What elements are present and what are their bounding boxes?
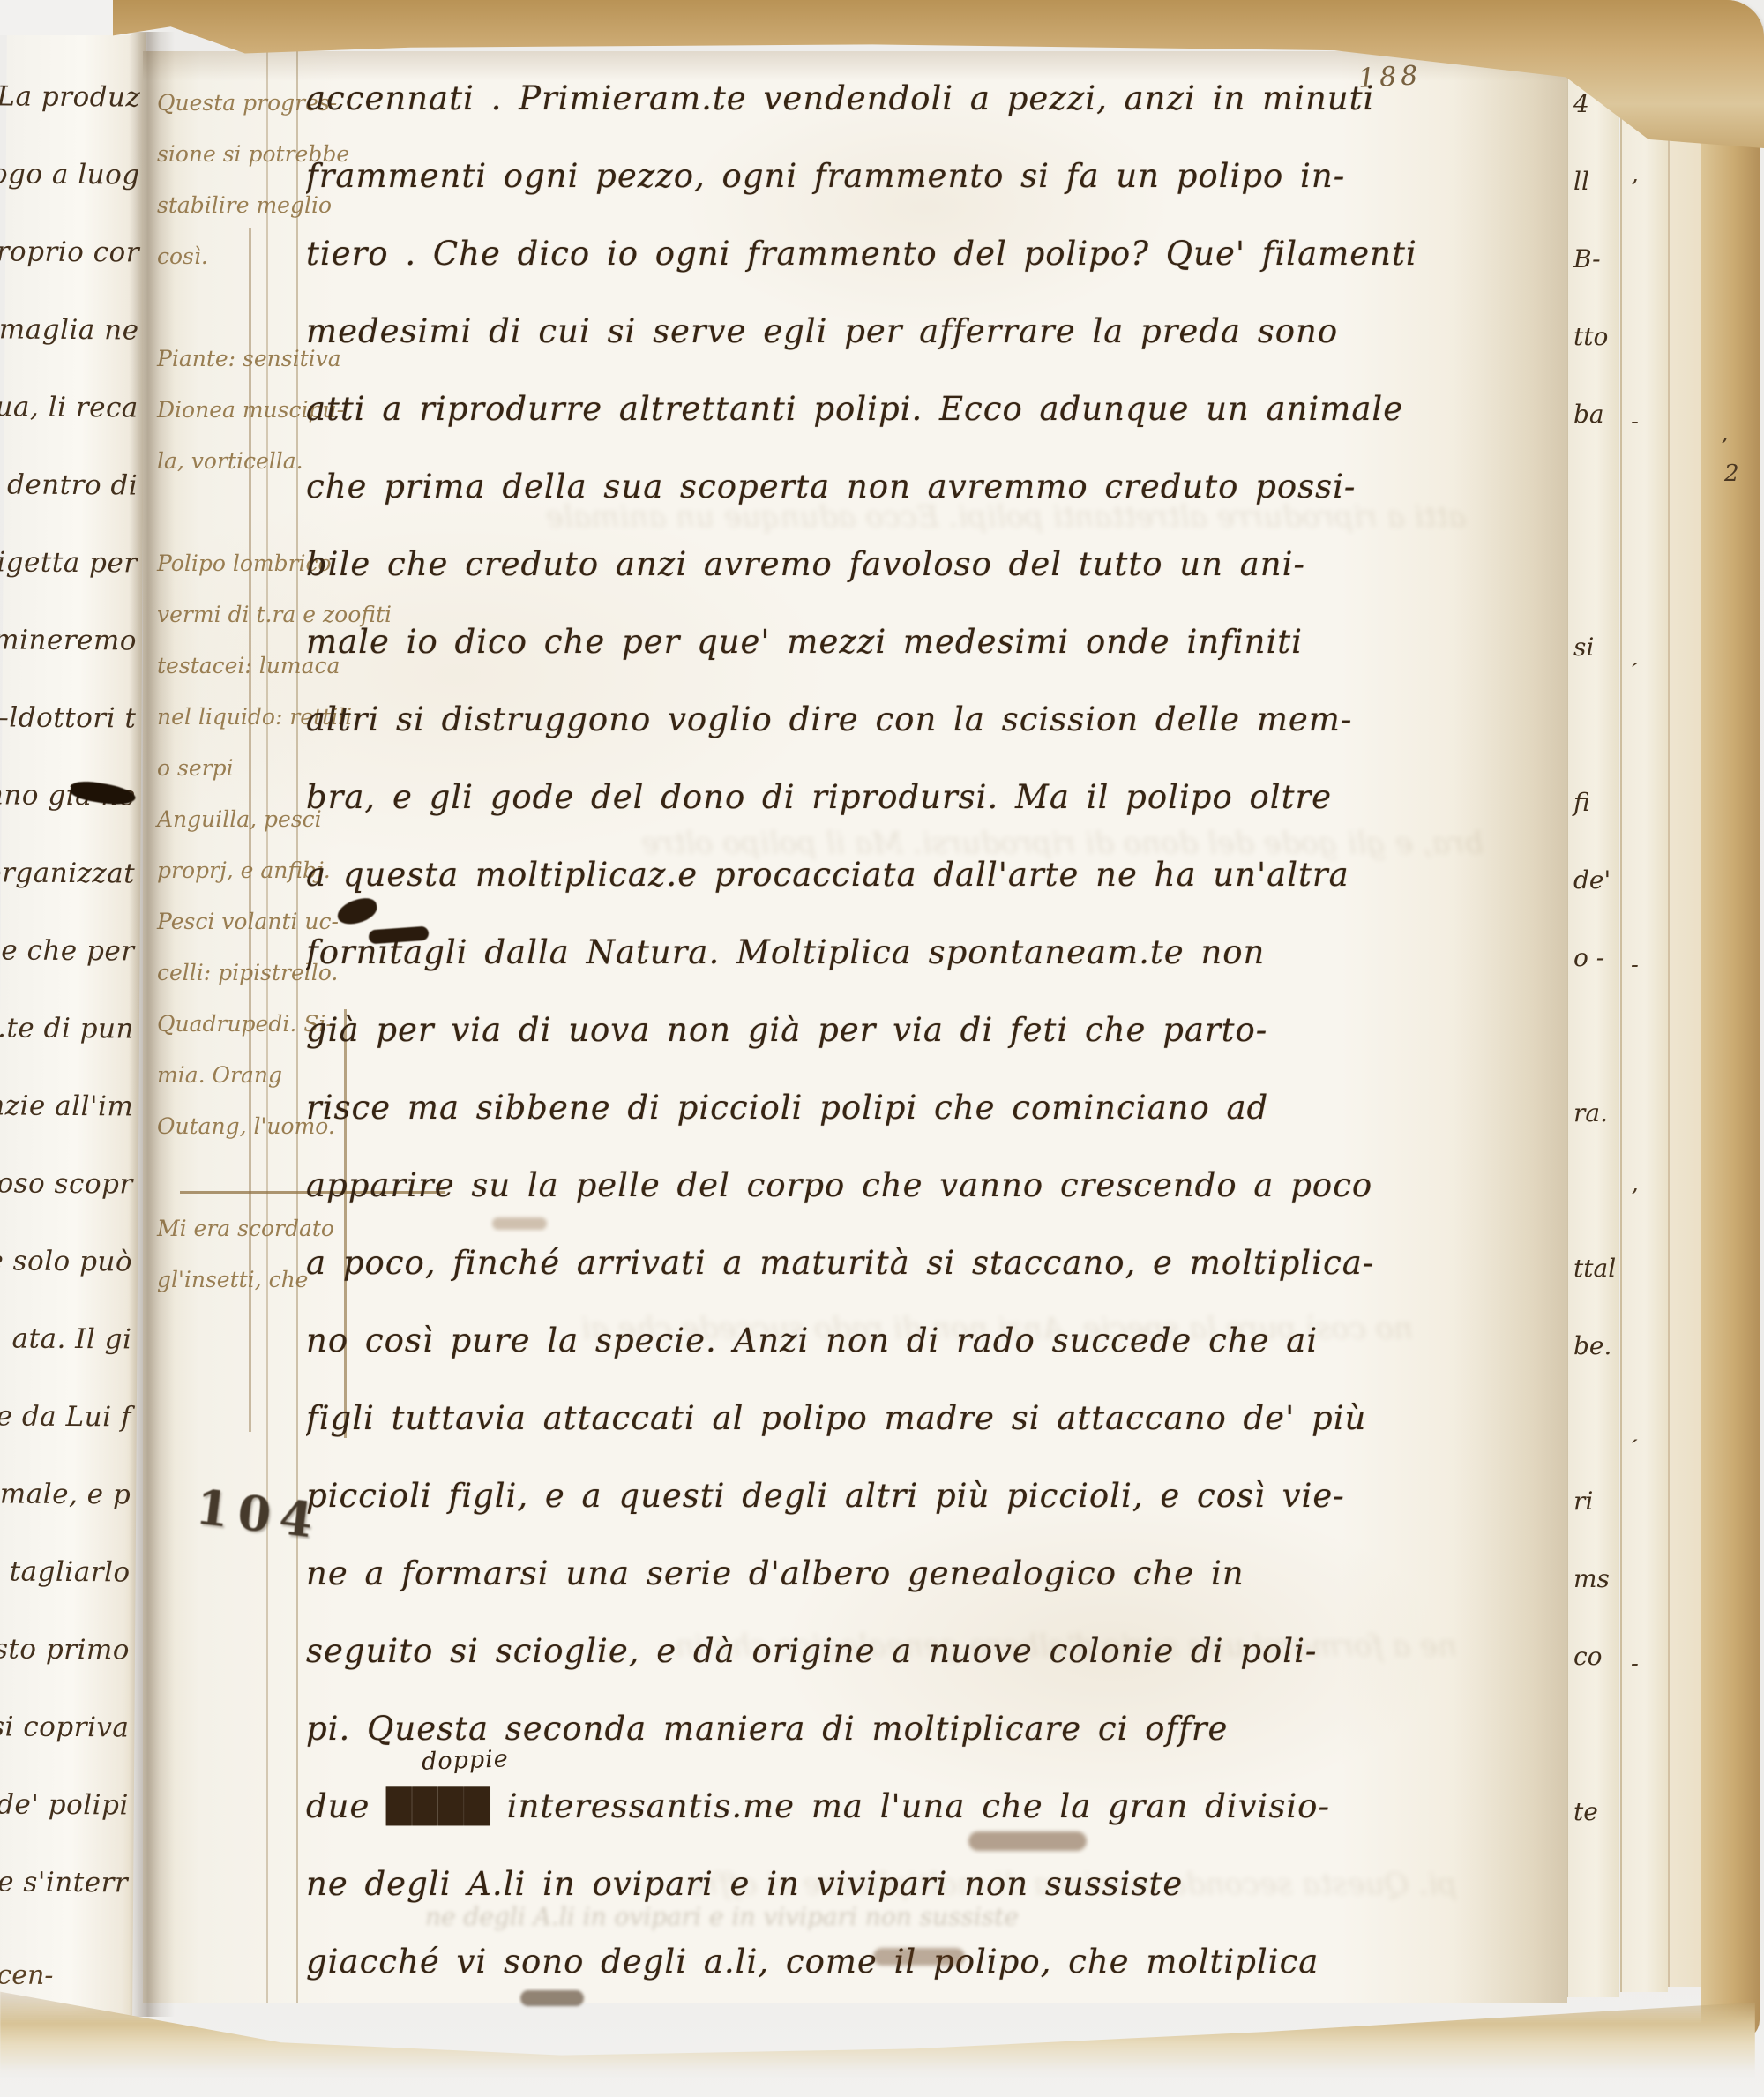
margin-note-line: Anguilla, pesci <box>157 794 303 845</box>
left-page-line: La produz. <box>6 57 141 136</box>
margin-note-line: proprj, e anfibj. <box>157 845 303 896</box>
left-page: La produz.luogo a luogdel proprio cordi … <box>0 31 146 2015</box>
margin-note-line <box>157 487 303 538</box>
edge-tick <box>1631 1470 1639 1547</box>
edge-fragment: ba <box>1573 376 1616 453</box>
edge-tick <box>1631 1082 1639 1159</box>
edge-tick <box>1631 1936 1639 2013</box>
text-line: risce ma sibbene di piccioli polipi che … <box>306 1069 1548 1147</box>
edge-tick <box>1631 1004 1639 1082</box>
edge-tick <box>1631 538 1639 616</box>
edge-tick <box>1631 693 1639 771</box>
margin-note-line: testacei: lumaca <box>157 640 303 692</box>
edge-fragment: ri <box>1573 1463 1616 1540</box>
edge-tick: ˏ <box>1631 1392 1639 1470</box>
edge-fragment <box>1573 1851 1616 1928</box>
left-page-line: a rigetta per <box>3 523 138 602</box>
margin-note-line: così. <box>157 231 303 282</box>
ink-smudge <box>968 1831 1087 1851</box>
edge-fragment: co <box>1573 1618 1616 1696</box>
ink-smudge <box>492 1217 547 1230</box>
text-line: a poco, finché arrivati a maturità si st… <box>306 1224 1548 1302</box>
edge-tick <box>1631 849 1639 926</box>
edge-fragment <box>1573 1696 1616 1773</box>
text-line: seguito si scioglie, e dà origine a nuov… <box>306 1613 1548 1690</box>
edge-tick <box>1631 305 1639 383</box>
edge-tick: ’ <box>1631 1159 1639 1237</box>
margin-note-line: vermi di t.ra e zoofiti <box>157 589 303 640</box>
edge-fragment <box>1573 1152 1616 1230</box>
text-line: piccioli figli, e a questi degli altri p… <box>306 1457 1548 1535</box>
left-page-line: acqua, li reca <box>4 368 139 446</box>
archive-page-stamp: 104 <box>193 1479 325 1550</box>
edge-fragment <box>1573 531 1616 609</box>
text-line: male io dico che per que' mezzi medesimi… <box>306 603 1548 681</box>
edge-tick <box>1631 1314 1639 1392</box>
text-line: medesimi di cui si serve egli per afferr… <box>306 293 1548 371</box>
manuscript-page: Questa progres-sione si potrebbestabilir… <box>143 51 1567 2003</box>
strike-line-vertical <box>249 228 251 1432</box>
edge-fragment: tto <box>1573 298 1616 376</box>
left-page-line: re dentro di <box>4 446 138 524</box>
left-page-line: del proprio cor <box>5 213 140 291</box>
catchword: cen- <box>0 1959 54 1990</box>
vellum-cover-right-icon: ’ 2 <box>1701 0 1760 2040</box>
edge-tick <box>1631 1858 1639 1936</box>
edge-fragment <box>1573 1928 1616 2006</box>
edge-fragment: ll <box>1573 143 1616 221</box>
left-page-line: he s'interr <box>0 1843 129 1921</box>
text-line: bile che creduto anzi avremo favoloso de… <box>306 526 1548 603</box>
text-line: già per via di uova non già per via di f… <box>306 992 1548 1069</box>
margin-notes: Questa progres-sione si potrebbestabilir… <box>157 78 303 1306</box>
margin-note-line: Quadrupedi. Si- <box>157 999 303 1050</box>
left-page-line: nimale, e p <box>0 1455 131 1533</box>
text-line: figli tuttavia attaccati al polipo madre… <box>306 1380 1548 1457</box>
ink-smudge <box>873 1948 965 1966</box>
interline-insertion: doppie <box>421 1745 509 1775</box>
margin-note-line: Dionea muscipu- <box>157 385 303 436</box>
left-page-line: di maglia ne <box>4 290 139 369</box>
edge-tick: - <box>1631 383 1639 461</box>
margin-note-line <box>157 282 303 333</box>
margin-note-line: Polipo lombrico <box>157 538 303 589</box>
edge-tick <box>1631 228 1639 305</box>
edge-fragment: B- <box>1573 221 1616 298</box>
left-page-line: ata. Il gi <box>0 1299 132 1378</box>
text-line: due ████ interessantis.me ma l'una che l… <box>306 1768 1548 1846</box>
edge-fragment <box>1573 997 1616 1075</box>
text-line: che prima della sua scoperta non avremmo… <box>306 448 1548 526</box>
left-page-line: se solo può <box>0 1222 132 1300</box>
left-page-line: re organizzat <box>1 834 136 912</box>
margin-note-line: Pesci volanti uc- <box>157 896 303 947</box>
left-page-line: ldottori t— <box>2 678 137 757</box>
edge-fragment: si <box>1573 609 1616 686</box>
left-page-line: e che per <box>0 911 135 990</box>
edge-fragment <box>1573 453 1616 531</box>
text-line: a questa moltiplicaz.e procacciata dall'… <box>306 836 1548 914</box>
left-page-line-endings: La produz.luogo a luogdel proprio cordi … <box>0 57 141 1921</box>
margin-note-line: stabilire meglio <box>157 180 303 231</box>
edge-fragment: te <box>1573 1773 1616 1851</box>
edge-fragment <box>1573 1385 1616 1463</box>
edge-fragment: de' <box>1573 842 1616 919</box>
edge-tick <box>1631 1547 1639 1625</box>
page-edge: ’-ˏ-’ˏ- <box>1620 58 1668 1992</box>
margin-note-line: sione si potrebbe <box>157 129 303 180</box>
text-line: ne a formarsi una serie d'albero genealo… <box>306 1535 1548 1613</box>
text-line: apparire su la pelle del corpo che vanno… <box>306 1147 1548 1224</box>
text-line: atti a riprodurre altrettanti polipi. Ec… <box>306 371 1548 448</box>
edge-tick: ˏ <box>1631 616 1639 693</box>
main-text: accennati . Primieram.te vendendoli a pe… <box>306 60 1548 1992</box>
margin-note-line <box>157 1152 303 1203</box>
margin-note-line: Outang, l'uomo. <box>157 1101 303 1152</box>
text-line: tiero . Che dico io ogni frammento del p… <box>306 215 1548 293</box>
margin-note-line: Mi era scordato <box>157 1203 303 1254</box>
edge-fragment <box>1573 686 1616 764</box>
edge-tick <box>1631 771 1639 849</box>
edge-fragment: o - <box>1573 919 1616 997</box>
margin-note-line: Questa progres- <box>157 78 303 129</box>
left-page-line: venturoso scopr <box>0 1144 133 1223</box>
left-page-line: luogo a luog <box>5 135 140 213</box>
margin-note-line: Piante: sensitiva <box>157 333 303 385</box>
left-page-line: si copriva <box>0 1688 130 1766</box>
edge-tick <box>1631 461 1639 538</box>
edge-tick: - <box>1631 926 1639 1004</box>
edge-ink-ticks: ’-ˏ-’ˏ- <box>1631 72 1639 2013</box>
cut-text-fragments: 4llB-ttobasifide'o -ra.ttalbe.rimscote <box>1573 65 1616 2006</box>
edge-mark: 2 <box>1724 461 1739 487</box>
edge-fragment: ms <box>1573 1540 1616 1618</box>
text-line: no così pure la specie. Anzi non di rado… <box>306 1302 1548 1380</box>
left-page-line: nzie all'im <box>0 1067 134 1145</box>
left-page-line: ere da Lui f <box>0 1377 131 1456</box>
ink-smudge <box>520 1990 584 2006</box>
left-page-line: i tagliarlo <box>0 1532 131 1611</box>
margin-note-line: nel liquido: rettili <box>157 692 303 743</box>
page-curl-edge: 4llB-ttobasifide'o -ra.ttalbe.rimscote <box>1567 51 1619 1997</box>
page-edge <box>1668 65 1703 1987</box>
margin-note-line: o serpi <box>157 743 303 794</box>
margin-note-line: celli: pipistrello. <box>157 947 303 999</box>
left-page-line: j de' polipi <box>0 1765 129 1844</box>
edge-tick: - <box>1631 1625 1639 1703</box>
text-line: accennati . Primieram.te vendendoli a pe… <box>306 60 1548 138</box>
margin-note-line: mia. Orang <box>157 1050 303 1101</box>
gutter-shadow <box>129 32 175 2017</box>
left-page-line: Memineremo <box>3 601 138 679</box>
left-page-line: bilm.te di pun <box>0 989 134 1067</box>
backdrop <box>0 0 131 35</box>
edge-tick: ’ <box>1631 150 1639 228</box>
edge-fragment: fi <box>1573 764 1616 842</box>
edge-mark: ’ <box>1721 434 1728 461</box>
edge-tick <box>1631 1780 1639 1858</box>
edge-fragment: ra. <box>1573 1075 1616 1152</box>
left-page-line: questo primo <box>0 1610 130 1689</box>
margin-note-line: gl'insetti, che <box>157 1254 303 1306</box>
edge-tick <box>1631 1703 1639 1780</box>
text-line: fornitagli dalla Natura. Moltiplica spon… <box>306 914 1548 992</box>
margin-note-line: la, vorticella. <box>157 436 303 487</box>
text-line: bra, e gli gode del dono di riprodursi. … <box>306 759 1548 836</box>
edge-fragment: ttal <box>1573 1230 1616 1307</box>
text-line: ne degli A.li in ovipari e in vivipari n… <box>306 1846 1548 1923</box>
text-line: frammenti ogni pezzo, ogni frammento si … <box>306 138 1548 215</box>
edge-fragment: be. <box>1573 1307 1616 1385</box>
edge-tick <box>1631 1237 1639 1314</box>
text-line: altri si distruggono voglio dire con la … <box>306 681 1548 759</box>
